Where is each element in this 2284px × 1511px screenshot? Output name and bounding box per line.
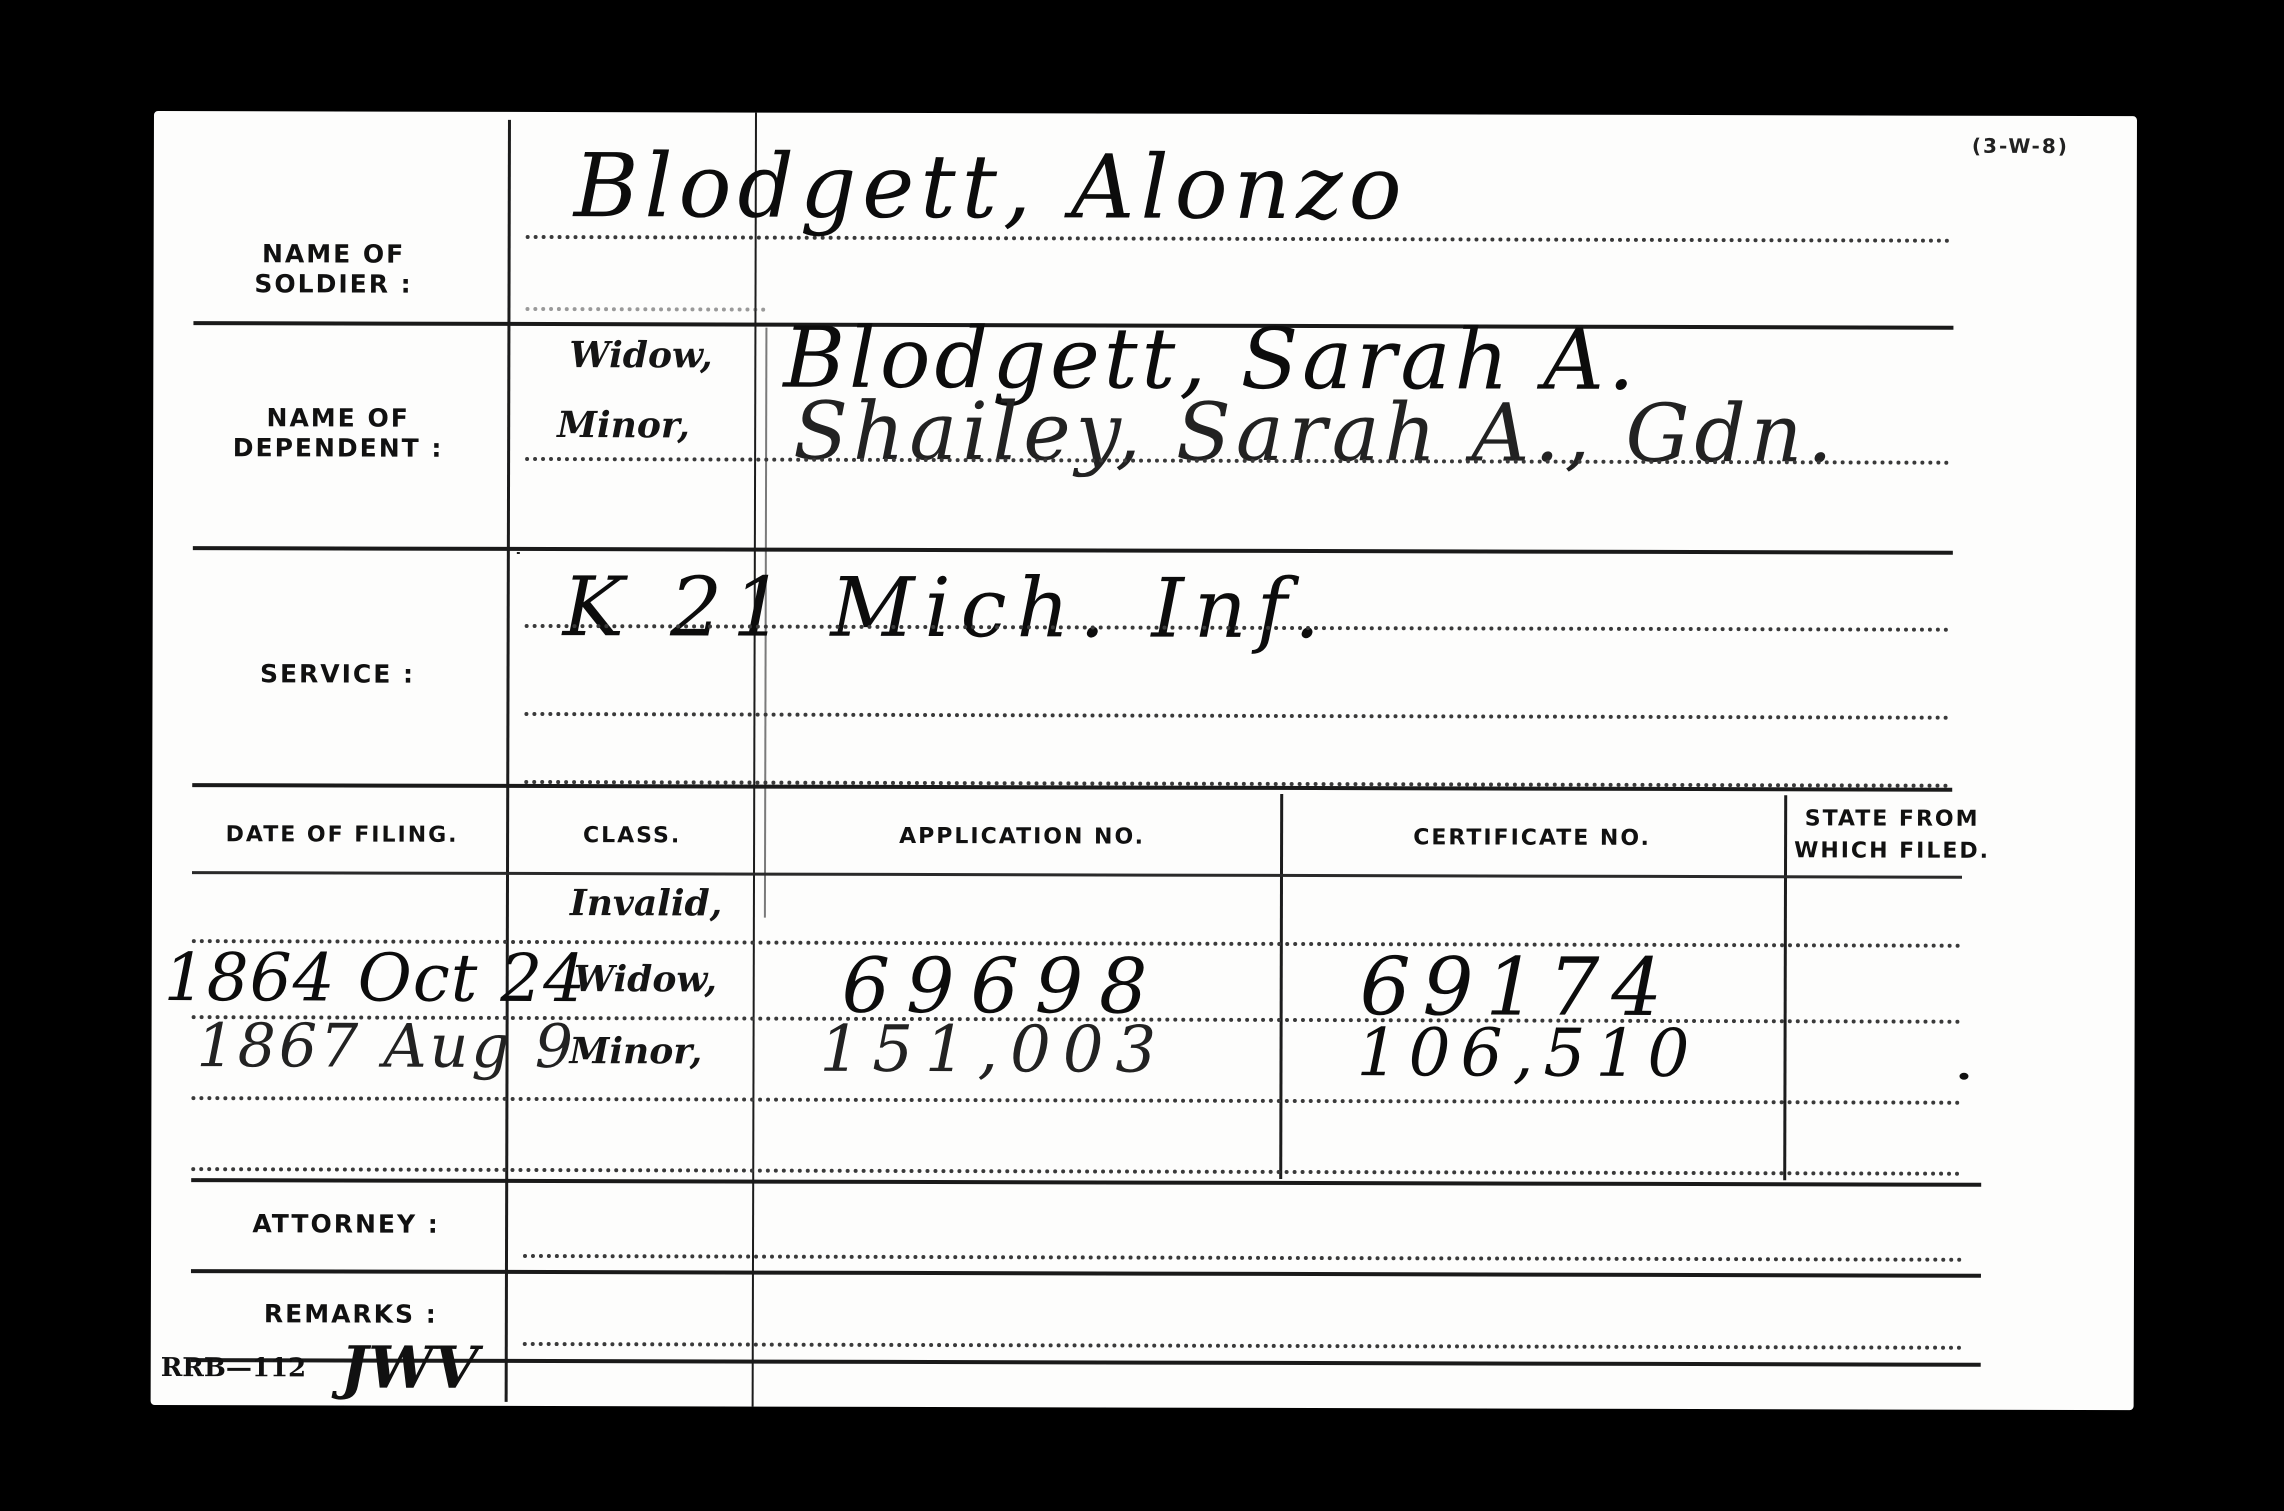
soldier-name-line-2 <box>525 307 765 312</box>
soldier-label-line-1: NAME OF <box>214 239 454 270</box>
attorney-line <box>523 1254 1963 1262</box>
minor-name: Shailey, Sarah A., Gdn. <box>793 385 1838 481</box>
application-certificate-divider <box>1279 794 1283 1179</box>
header-state-from-which-filed: STATE FROM WHICH FILED. <box>1792 803 1992 868</box>
row-line-4 <box>191 1167 1961 1176</box>
service-line-2 <box>524 712 1949 720</box>
label-column-divider <box>505 120 511 1402</box>
filing-date-widow: 1864 Oct 24 <box>164 939 587 1017</box>
soldier-label: NAME OF SOLDIER : <box>214 239 454 300</box>
dependent-rule <box>193 546 1953 555</box>
table-row: 1867 Aug 9 Minor, 151,003 106,510 <box>154 111 2137 116</box>
header-class: CLASS. <box>527 821 737 852</box>
table-row: 1864 Oct 24 Widow, 69698 69174 <box>154 111 2137 116</box>
certificate-no-minor: 106,510 <box>1356 1014 1699 1092</box>
footer-form-code: RRB—112 <box>161 1353 307 1383</box>
dependent-label: NAME OF DEPENDENT : <box>193 403 483 464</box>
header-date-of-filing: DATE OF FILING. <box>192 820 492 851</box>
service-unit: K 21 Mich. Inf. <box>563 560 1331 657</box>
header-rule <box>192 871 1962 879</box>
dependent-label-line-1: NAME OF <box>193 403 483 434</box>
class-invalid: Invalid, <box>570 882 722 924</box>
header-application-no: APPLICATION NO. <box>772 822 1272 853</box>
widow-sublabel: Widow, <box>569 334 712 376</box>
pension-index-card: (3-W-8) NAME OF SOLDIER : Blodgett, Alon… <box>151 111 2137 1410</box>
service-label: SERVICE : <box>222 659 452 690</box>
remarks-line <box>523 1342 1963 1350</box>
filing-date-minor: 1867 Aug 9 <box>196 1011 576 1082</box>
class-minor: Minor, <box>569 1030 702 1072</box>
state-ink-mark <box>1959 1073 1968 1080</box>
clerk-initials: JWV <box>341 1333 479 1401</box>
header-state-line-1: STATE FROM <box>1792 803 1992 836</box>
attorney-label: ATTORNEY : <box>211 1209 481 1240</box>
row-line-3 <box>191 1096 1961 1105</box>
application-no-minor: 151,003 <box>819 1013 1168 1088</box>
attorney-rule <box>191 1269 1981 1278</box>
form-code: (3-W-8) <box>1972 134 2069 158</box>
soldier-name: Blodgett, Alonzo <box>574 134 1408 239</box>
minor-sublabel: Minor, <box>557 404 690 446</box>
header-certificate-no: CERTIFICATE NO. <box>1287 823 1777 854</box>
header-state-line-2: WHICH FILED. <box>1792 835 1992 868</box>
dependent-label-line-2: DEPENDENT : <box>193 433 483 464</box>
center-divider <box>517 552 520 554</box>
table-row: Invalid, <box>154 111 2137 116</box>
soldier-label-line-2: SOLDIER : <box>214 269 454 300</box>
class-widow: Widow, <box>574 958 717 1000</box>
remarks-label: REMARKS : <box>221 1299 481 1330</box>
table-bottom-rule <box>191 1178 1981 1187</box>
certificate-state-divider <box>1783 795 1787 1180</box>
